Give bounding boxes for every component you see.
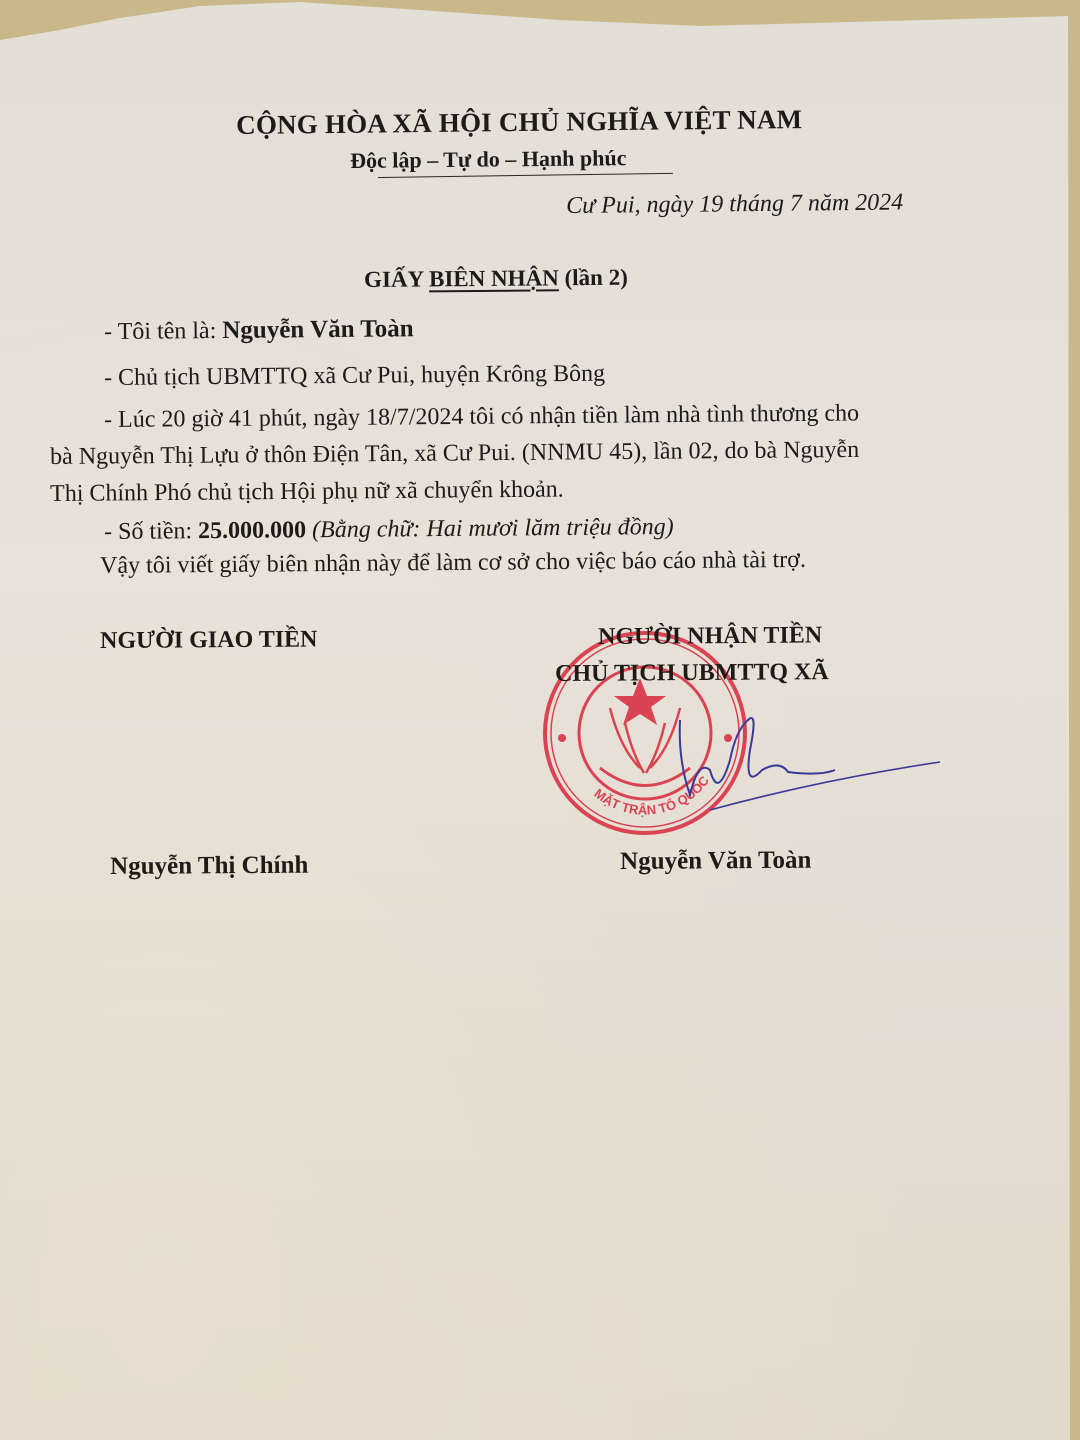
- national-title: CỘNG HÒA XÃ HỘI CHỦ NGHĨA VIỆT NAM: [236, 104, 802, 141]
- giver-role: NGƯỜI GIAO TIỀN: [100, 626, 318, 655]
- handwritten-signature-icon: [670, 700, 950, 830]
- giver-name: Nguyễn Thị Chính: [110, 852, 308, 881]
- body-line-position: - Chủ tịch UBMTTQ xã Cư Pui, huyện Krông…: [104, 361, 605, 392]
- amount-label: - Số tiền:: [104, 518, 198, 545]
- title-suffix: (lần 2): [564, 265, 627, 291]
- name-label: - Tôi tên là:: [104, 318, 222, 345]
- place-date: Cư Pui, ngày 19 tháng 7 năm 2024: [566, 189, 903, 220]
- document-title: GIẤY BIÊN NHẬN (lần 2): [364, 265, 628, 293]
- body-line-amount: - Số tiền: 25.000.000 (Bằng chữ: Hai mươ…: [104, 514, 674, 546]
- receiver-name: Nguyễn Văn Toàn: [620, 847, 811, 876]
- body-line-3c: Thị Chính Phó chủ tịch Hội phụ nữ xã chu…: [50, 477, 564, 508]
- receiver-role: NGƯỜI NHẬN TIỀN: [598, 622, 822, 651]
- body-line-name: - Tôi tên là: Nguyễn Văn Toàn: [104, 315, 414, 346]
- title-underlined: BIÊN NHẬN: [429, 265, 559, 291]
- amount-value: 25.000.000: [198, 517, 306, 544]
- receiver-title: CHỦ TỊCH UBMTTQ XÃ: [555, 659, 829, 688]
- amount-words: (Bằng chữ: Hai mươi lăm triệu đồng): [312, 514, 674, 543]
- national-motto: Độc lập – Tự do – Hạnh phúc: [350, 145, 627, 174]
- name-value: Nguyễn Văn Toàn: [222, 315, 414, 344]
- title-prefix: GIẤY: [364, 266, 423, 292]
